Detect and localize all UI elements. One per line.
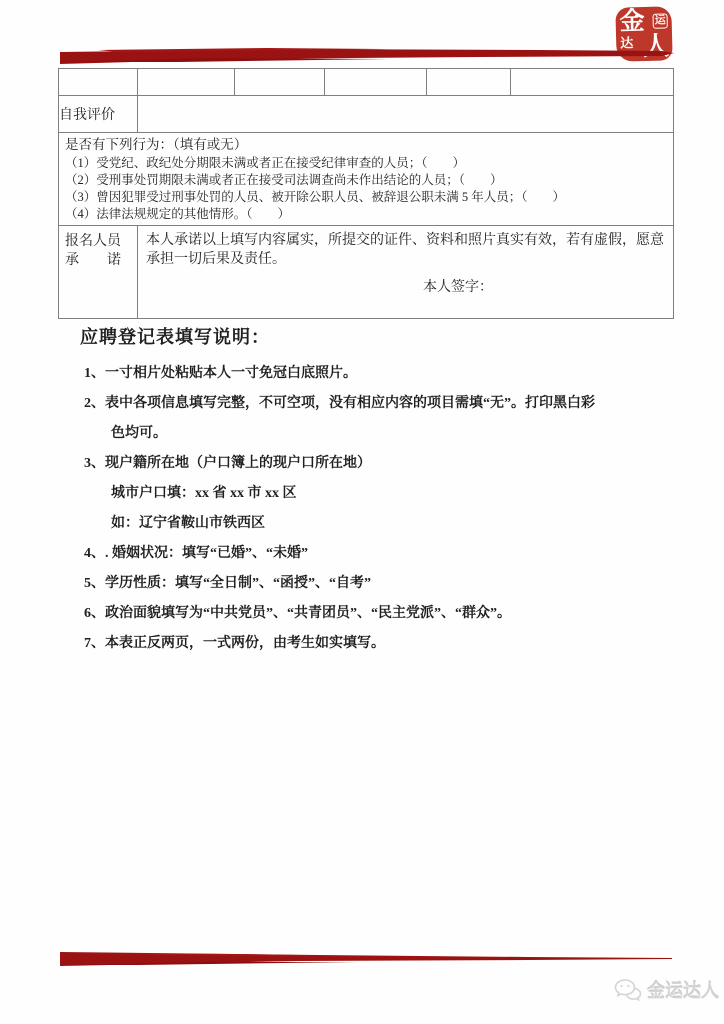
- promise-label-line2: 承 诺: [65, 251, 131, 270]
- empty-cell: [138, 69, 235, 96]
- instruction-line: 4、. 婚姻状况：填写“已婚”、“未婚”: [80, 539, 646, 569]
- instructions-heading: 应聘登记表填写说明：: [80, 326, 646, 348]
- footer-watermark: 金运达人: [614, 977, 719, 1003]
- seal-char: 运: [652, 13, 667, 28]
- table-row: [59, 69, 674, 96]
- promise-label-line1: 报名人员: [65, 234, 121, 249]
- self-evaluation-value: [138, 96, 674, 133]
- behavior-declaration-cell: 是否有下列行为：（填有或无） （1）受党纪、政纪处分期限未满或者正在接受纪律审查…: [59, 133, 673, 223]
- empty-cell: [427, 69, 511, 96]
- bottom-brush-divider: [58, 949, 674, 968]
- self-evaluation-label: 自我评价: [59, 96, 138, 133]
- filling-instructions-section: 应聘登记表填写说明： 1、一寸相片处粘贴本人一寸免冠白底照片。 2、表中各项信息…: [80, 326, 646, 659]
- instruction-line: 2、表中各项信息填写完整，不可空项，没有相应内容的项目需填“无”。打印黑白彩: [80, 389, 646, 419]
- signature-label: 本人签字：: [423, 278, 665, 297]
- behavior-item: （2）受刑事处罚期限未满或者正在接受司法调查尚未作出结论的人员；（ ）: [65, 172, 667, 189]
- table-row: 报名人员 承 诺 本人承诺以上填写内容属实，所提交的证件、资料和照片真实有效，若…: [59, 226, 674, 319]
- footer-brand-name: 金运达人: [647, 977, 719, 1003]
- instruction-line: 5、学历性质：填写“全日制”、“函授”、“自考”: [80, 569, 646, 599]
- empty-cell: [59, 69, 138, 96]
- instruction-line: 城市户口填：xx 省 xx 市 xx 区: [80, 479, 646, 509]
- instructions-list: 1、一寸相片处粘贴本人一寸免冠白底照片。 2、表中各项信息填写完整，不可空项，没…: [80, 359, 646, 659]
- promise-statement-cell: 本人承诺以上填写内容属实，所提交的证件、资料和照片真实有效，若有虚假，愿意承担一…: [138, 226, 673, 297]
- behavior-title: 是否有下列行为：（填有或无）: [65, 135, 667, 155]
- empty-cell: [325, 69, 427, 96]
- empty-cell: [235, 69, 325, 96]
- instruction-line: 7、本表正反两页，一式两份，由考生如实填写。: [80, 629, 646, 659]
- behavior-item: （3）曾因犯罪受过刑事处罚的人员、被开除公职人员、被辞退公职未满 5 年人员；（…: [65, 189, 667, 206]
- instruction-line: 色均可。: [80, 419, 646, 449]
- registration-form-table: 自我评价 是否有下列行为：（填有或无） （1）受党纪、政纪处分期限未满或者正在接…: [58, 68, 674, 319]
- top-brush-divider: [58, 47, 674, 66]
- table-row: 是否有下列行为：（填有或无） （1）受党纪、政纪处分期限未满或者正在接受纪律审查…: [59, 133, 674, 226]
- wechat-icon: [614, 978, 642, 1002]
- instruction-line: 3、现户籍所在地（户口簿上的现户口所在地）: [80, 449, 646, 479]
- instruction-line: 1、一寸相片处粘贴本人一寸免冠白底照片。: [80, 359, 646, 389]
- promise-text: 本人承诺以上填写内容属实，所提交的证件、资料和照片真实有效，若有虚假，愿意承担一…: [146, 231, 665, 269]
- promise-label-cell: 报名人员 承 诺: [59, 226, 137, 270]
- seal-char: 金: [619, 9, 645, 35]
- instruction-line: 6、政治面貌填写为“中共党员”、“共青团员”、“民主党派”、“群众”。: [80, 599, 646, 629]
- instruction-line: 如：辽宁省鞍山市铁西区: [80, 509, 646, 539]
- behavior-item: （1）受党纪、政纪处分期限未满或者正在接受纪律审查的人员；（ ）: [65, 155, 667, 172]
- empty-cell: [511, 69, 674, 96]
- behavior-item: （4）法律法规规定的其他情形。（ ）: [65, 206, 667, 223]
- table-row: 自我评价: [59, 96, 674, 133]
